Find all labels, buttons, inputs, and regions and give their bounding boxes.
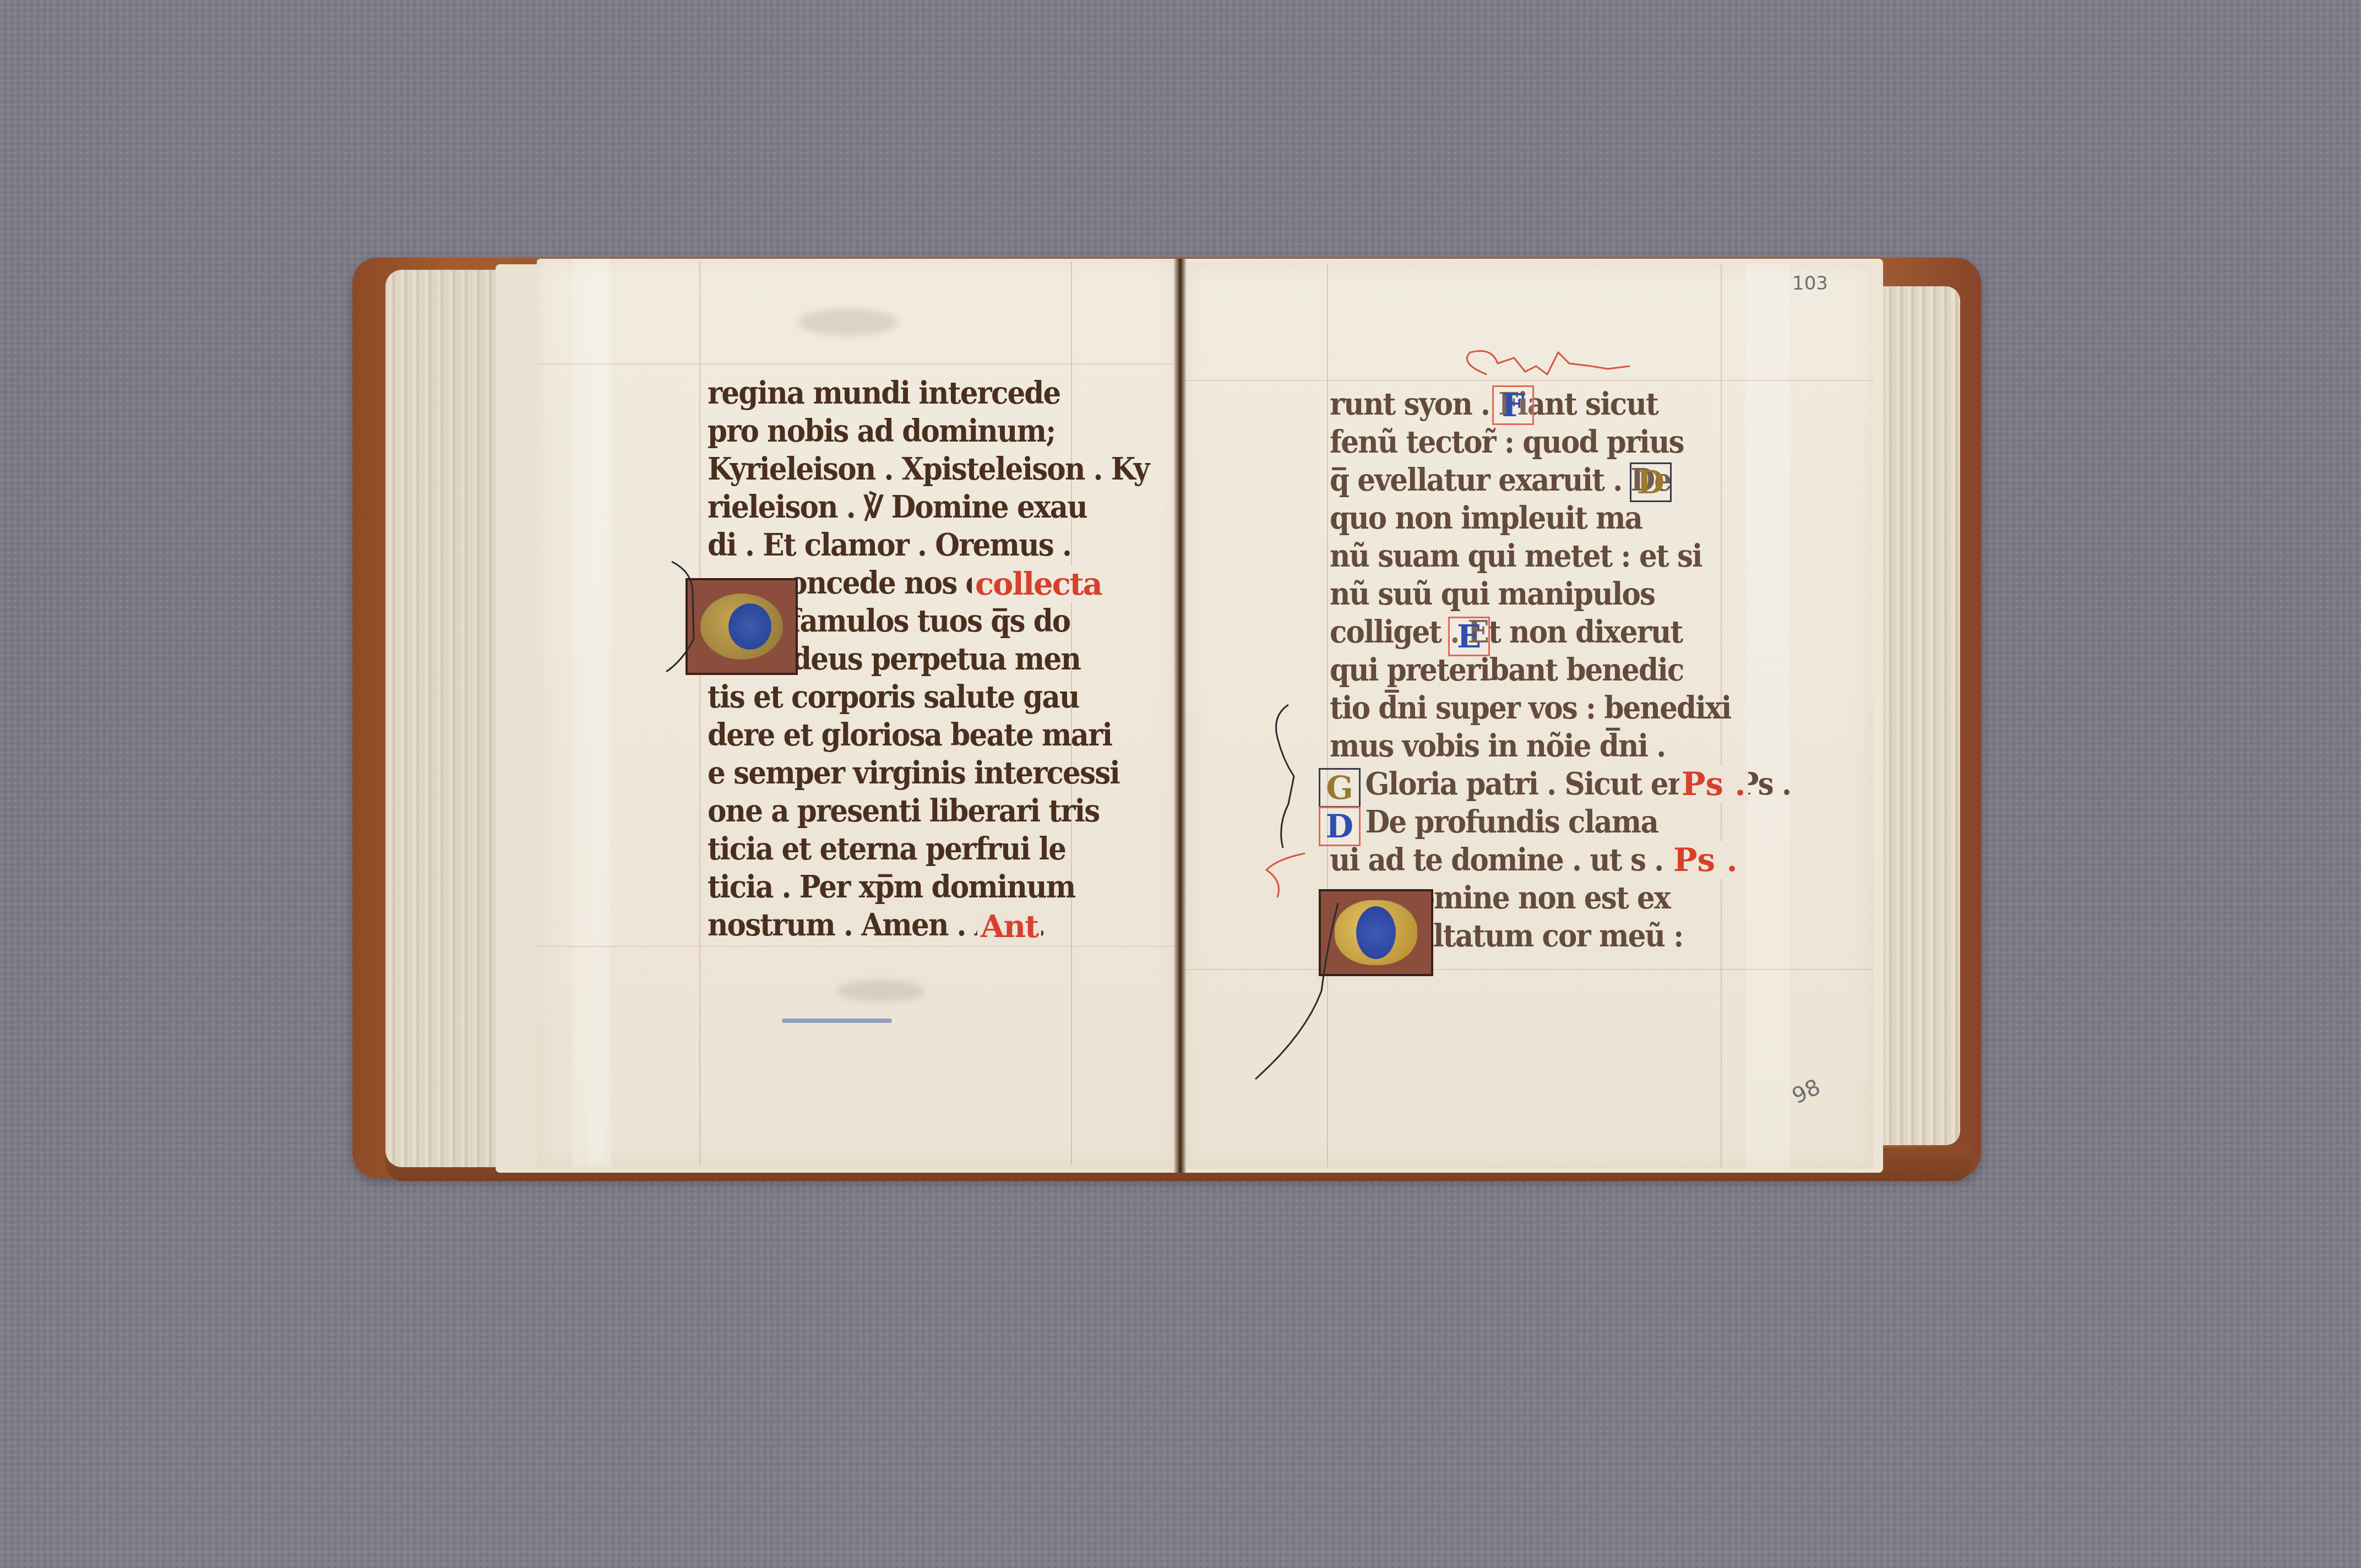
text-line: regina mundi intercede [708,374,1149,412]
stain [837,980,925,1002]
text-line: dere et gloriosa beate mari [708,716,1149,754]
rubric-psalm: Ps . [1679,765,1748,803]
pen-flourish-icon [661,556,716,677]
text-line: ticia et eterna perfrui le [708,830,1149,868]
text-line: mus vobis in nõie d̅ni . [1330,727,1791,765]
text-line: runt syon . Fiant sicut [1330,385,1791,423]
text-line: one a presenti liberari tris [708,792,1149,830]
text-line: qui preteribant benedic [1330,651,1791,689]
rubric-psalm: Ps . [1671,841,1740,879]
text-line: tio d̅ni super vos : benedixi [1330,689,1791,727]
text-line: nũ suam qui metet : et si [1330,537,1791,575]
text-line: rieleison . ℣ Domine exau [708,488,1149,526]
gutter-stitching [1174,259,1186,1173]
text-line: colliget . Et non dixerut [1330,613,1791,651]
text-line: quo non impleuit ma [1330,499,1791,537]
pen-flourish-icon [1244,694,1354,1090]
text-line: De profundis clama [1330,803,1791,841]
repair-strip [589,259,606,1167]
text-line: di . Et clamor . Oremus . [708,526,1149,564]
text-line: ticia . Per xp̅m dominum [708,868,1149,906]
right-text-block: runt syon . Fiant sicut fenũ tector̃ : … [1330,385,1831,955]
initial-d: D [1630,462,1672,502]
lapis-inlay [1356,906,1396,959]
text-line: Kyrieleison . Xpisteleison . Ky [708,450,1149,488]
rubric-collecta: collecta [972,566,1105,602]
text-line: tis et corporis salute gau [708,678,1149,716]
ruling-line [537,946,1178,947]
text-line: nostrum . Amen . Ant . [708,906,1149,944]
initial-f: F [1492,385,1534,425]
stain [798,308,897,336]
text-line: q̅ evellatur exaruit . De [1330,461,1791,499]
folio-number-top: 103 [1792,273,1828,295]
right-fore-edge-stack [1872,286,1960,1145]
ruling-line [699,262,700,1164]
rubric-antiphon: Ant [977,908,1041,945]
lapis-inlay [728,603,771,650]
text-line: fenũ tector̃ : quod prius [1330,423,1791,461]
ruling-line [537,363,1178,364]
text-line: pro nobis ad dominum; [708,412,1149,450]
text-line: e semper virginis intercessi [708,754,1149,792]
initial-e: E [1448,617,1490,656]
text-line: nũ suũ qui manipulos [1330,575,1791,613]
ink-offset-blue [782,1019,892,1023]
